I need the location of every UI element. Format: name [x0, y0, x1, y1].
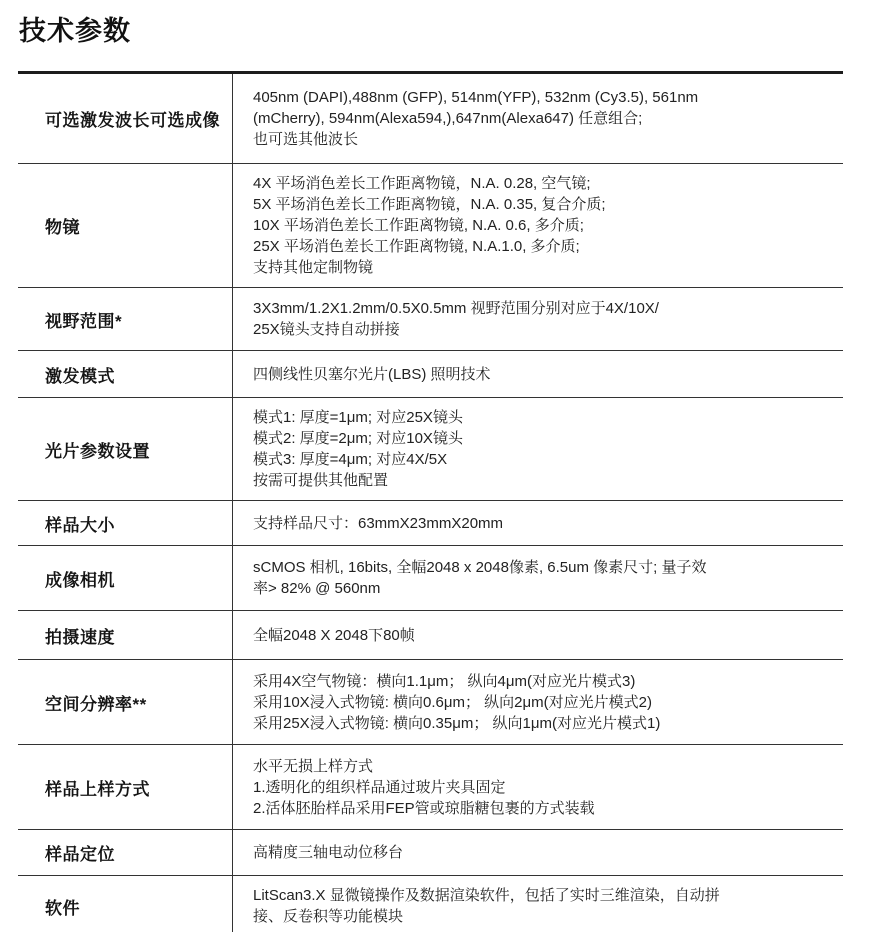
- spec-label: 光片参数设置: [18, 398, 233, 500]
- table-row: 激发模式 四侧线性贝塞尔光片(LBS) 照明技术: [18, 350, 843, 397]
- table-row: 成像相机 sCMOS 相机, 16bits, 全幅2048 x 2048像素, …: [18, 545, 843, 610]
- spec-value: 全幅2048 X 2048下80帧: [233, 611, 843, 659]
- table-row: 软件 LitScan3.X 显微镜操作及数据渲染软件，包括了实时三维渲染，自动拼…: [18, 875, 843, 932]
- spec-value: 高精度三轴电动位移台: [233, 830, 843, 875]
- spec-label: 激发模式: [18, 351, 233, 397]
- spec-value: 模式1: 厚度=1μm; 对应25X镜头 模式2: 厚度=2μm; 对应10X镜…: [233, 398, 843, 500]
- spec-label: 可选激发波长可选成像: [18, 74, 233, 163]
- spec-label: 软件: [18, 876, 233, 932]
- spec-table: 可选激发波长可选成像 405nm (DAPI),488nm (GFP), 514…: [18, 71, 843, 932]
- table-row: 拍摄速度 全幅2048 X 2048下80帧: [18, 610, 843, 659]
- table-row: 视野范围* 3X3mm/1.2X1.2mm/0.5X0.5mm 视野范围分别对应…: [18, 287, 843, 350]
- document-page: 技术参数 可选激发波长可选成像 405nm (DAPI),488nm (GFP)…: [0, 0, 875, 932]
- table-row: 样品定位 高精度三轴电动位移台: [18, 829, 843, 875]
- spec-value: 4X 平场消色差长工作距离物镜，N.A. 0.28, 空气镜; 5X 平场消色差…: [233, 164, 843, 287]
- spec-value: sCMOS 相机, 16bits, 全幅2048 x 2048像素, 6.5um…: [233, 546, 843, 610]
- spec-label: 拍摄速度: [18, 611, 233, 659]
- spec-label: 物镜: [18, 164, 233, 287]
- table-row: 空间分辨率** 采用4X空气物镜：横向1.1μm； 纵向4μm(对应光片模式3)…: [18, 659, 843, 744]
- spec-value: 四侧线性贝塞尔光片(LBS) 照明技术: [233, 351, 843, 397]
- table-row: 光片参数设置 模式1: 厚度=1μm; 对应25X镜头 模式2: 厚度=2μm;…: [18, 397, 843, 500]
- spec-label: 成像相机: [18, 546, 233, 610]
- spec-value: 3X3mm/1.2X1.2mm/0.5X0.5mm 视野范围分别对应于4X/10…: [233, 288, 843, 350]
- table-row: 样品大小 支持样品尺寸：63mmX23mmX20mm: [18, 500, 843, 545]
- spec-value: 采用4X空气物镜：横向1.1μm； 纵向4μm(对应光片模式3) 采用10X浸入…: [233, 660, 843, 744]
- spec-label: 样品定位: [18, 830, 233, 875]
- spec-value: LitScan3.X 显微镜操作及数据渲染软件，包括了实时三维渲染，自动拼 接、…: [233, 876, 843, 932]
- spec-label: 视野范围*: [18, 288, 233, 350]
- table-row: 物镜 4X 平场消色差长工作距离物镜，N.A. 0.28, 空气镜; 5X 平场…: [18, 163, 843, 287]
- table-row: 可选激发波长可选成像 405nm (DAPI),488nm (GFP), 514…: [18, 74, 843, 163]
- spec-label: 空间分辨率**: [18, 660, 233, 744]
- spec-value: 水平无损上样方式 1.透明化的组织样品通过玻片夹具固定 2.活体胚胎样品采用FE…: [233, 745, 843, 829]
- spec-value: 405nm (DAPI),488nm (GFP), 514nm(YFP), 53…: [233, 74, 843, 163]
- spec-label: 样品大小: [18, 501, 233, 545]
- page-title: 技术参数: [0, 0, 875, 48]
- table-row: 样品上样方式 水平无损上样方式 1.透明化的组织样品通过玻片夹具固定 2.活体胚…: [18, 744, 843, 829]
- spec-value: 支持样品尺寸：63mmX23mmX20mm: [233, 501, 843, 545]
- spec-label: 样品上样方式: [18, 745, 233, 829]
